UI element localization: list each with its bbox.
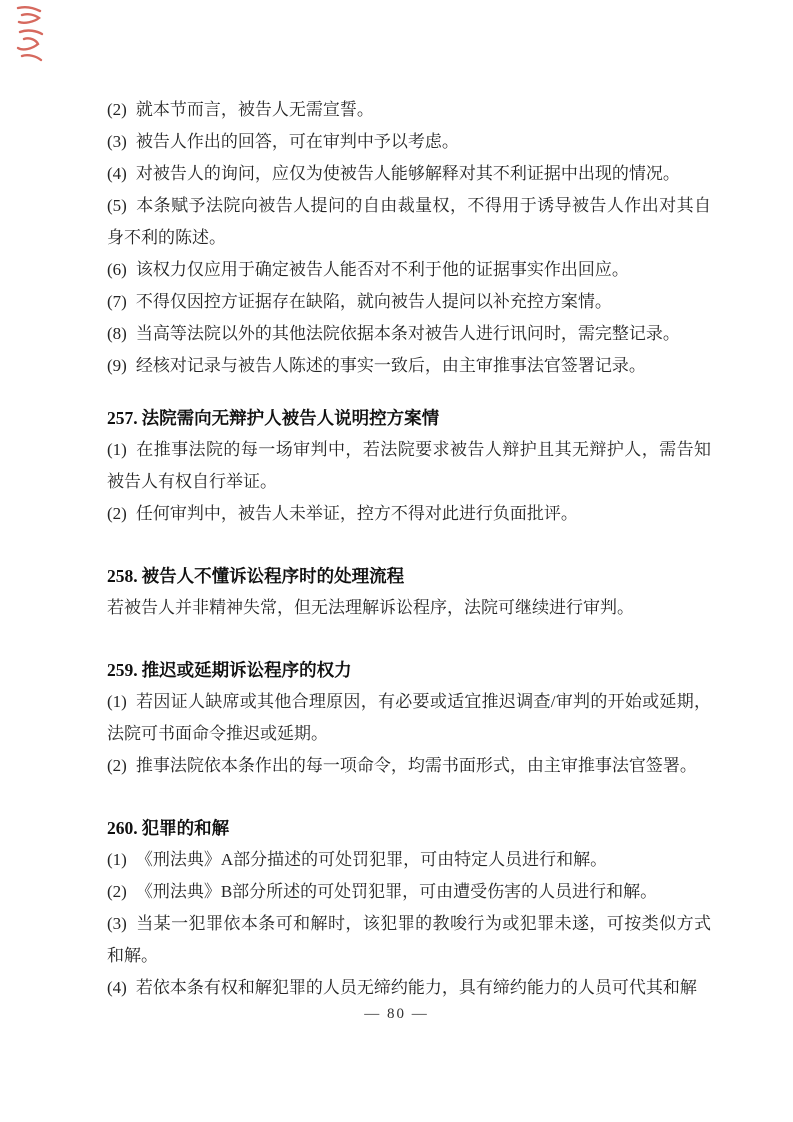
page-number: — 80 — — [364, 1006, 429, 1022]
clause-item: (6)该权力仅应用于确定被告人能否对不利于他的证据事实作出回应。 — [107, 254, 711, 286]
clause-item: (3)被告人作出的回答，可在审判中予以考虑。 — [107, 126, 711, 158]
clause-text: 被告人作出的回答，可在审判中予以考虑。 — [136, 132, 459, 151]
clause-text: 若依本条有权和解犯罪的人员无缔约能力，具有缔约能力的人员可代其和解 — [136, 978, 697, 997]
clause-marker: (8) — [107, 324, 127, 343]
section-number: 257. — [107, 408, 138, 428]
section-title: 推迟或延期诉讼程序的权力 — [142, 660, 352, 680]
clause-marker: (1) — [107, 692, 127, 711]
clause-item: (8)当高等法院以外的其他法院依据本条对被告人进行讯问时，需完整记录。 — [107, 318, 711, 350]
section-heading: 259.推迟或延期诉讼程序的权力 — [107, 654, 711, 686]
clause-item: (2)《刑法典》B部分所述的可处罚犯罪，可由遭受伤害的人员进行和解。 — [107, 876, 711, 908]
clause-text: 在推事法院的每一场审判中，若法院要求被告人辩护且其无辩护人，需告知被告人有权自行… — [107, 440, 711, 491]
clause-marker: (3) — [107, 914, 127, 933]
clause-marker: (6) — [107, 260, 127, 279]
page-footer: — 80 — — [0, 1004, 793, 1024]
clause-marker: (5) — [107, 196, 127, 215]
clause-text: 当某一犯罪依本条可和解时，该犯罪的教唆行为或犯罪未遂，可按类似方式和解。 — [107, 914, 711, 965]
clause-marker: (2) — [107, 504, 127, 523]
clause-item: (1)若因证人缺席或其他合理原因，有必要或适宜推迟调查/审判的开始或延期，法院可… — [107, 686, 711, 750]
section-heading: 260.犯罪的和解 — [107, 812, 711, 844]
clause-text: 任何审判中，被告人未举证，控方不得对此进行负面批评。 — [136, 504, 578, 523]
clause-marker: (4) — [107, 978, 127, 997]
clause-item: (1)《刑法典》A部分描述的可处罚犯罪，可由特定人员进行和解。 — [107, 844, 711, 876]
clause-text: 对被告人的询问，应仅为使被告人能够解释对其不利证据中出现的情况。 — [136, 164, 680, 183]
page-content: (2)就本节而言，被告人无需宣誓。 (3)被告人作出的回答，可在审判中予以考虑。… — [107, 94, 711, 1004]
clause-marker: (7) — [107, 292, 127, 311]
section-heading: 258.被告人不懂诉讼程序时的处理流程 — [107, 560, 711, 592]
clause-item: (4)对被告人的询问，应仅为使被告人能够解释对其不利证据中出现的情况。 — [107, 158, 711, 190]
section-title: 被告人不懂诉讼程序时的处理流程 — [142, 566, 405, 586]
section-heading: 257.法院需向无辩护人被告人说明控方案情 — [107, 402, 711, 434]
section-title: 犯罪的和解 — [142, 818, 230, 838]
clause-item: (2)就本节而言，被告人无需宣誓。 — [107, 94, 711, 126]
clause-item: (4)若依本条有权和解犯罪的人员无缔约能力，具有缔约能力的人员可代其和解 — [107, 972, 711, 1004]
clause-item: (5)本条赋予法院向被告人提问的自由裁量权，不得用于诱导被告人作出对其自身不利的… — [107, 190, 711, 254]
clause-text: 若因证人缺席或其他合理原因，有必要或适宜推迟调查/审判的开始或延期，法院可书面命… — [107, 692, 711, 743]
clause-item: (3)当某一犯罪依本条可和解时，该犯罪的教唆行为或犯罪未遂，可按类似方式和解。 — [107, 908, 711, 972]
clause-text: 推事法院依本条作出的每一项命令，均需书面形式，由主审推事法官签署。 — [136, 756, 697, 775]
document-page: (2)就本节而言，被告人无需宣誓。 (3)被告人作出的回答，可在审判中予以考虑。… — [0, 0, 793, 1122]
clause-item: (2)任何审判中，被告人未举证，控方不得对此进行负面批评。 — [107, 498, 711, 530]
clause-marker: (2) — [107, 882, 127, 901]
section-number: 260. — [107, 818, 138, 838]
clause-text: 本条赋予法院向被告人提问的自由裁量权，不得用于诱导被告人作出对其自身不利的陈述。 — [107, 196, 711, 247]
section-number: 259. — [107, 660, 138, 680]
section-257: 257.法院需向无辩护人被告人说明控方案情 (1)在推事法院的每一场审判中，若法… — [107, 402, 711, 530]
section-title: 法院需向无辩护人被告人说明控方案情 — [142, 408, 440, 428]
clause-marker: (2) — [107, 100, 127, 119]
clause-text: 该权力仅应用于确定被告人能否对不利于他的证据事实作出回应。 — [136, 260, 629, 279]
clause-item: (1)在推事法院的每一场审判中，若法院要求被告人辩护且其无辩护人，需告知被告人有… — [107, 434, 711, 498]
clause-marker: (4) — [107, 164, 127, 183]
clause-marker: (1) — [107, 440, 127, 459]
clause-item: (2)推事法院依本条作出的每一项命令，均需书面形式，由主审推事法官签署。 — [107, 750, 711, 782]
clause-text: 就本节而言，被告人无需宣誓。 — [136, 100, 374, 119]
clause-text: 当高等法院以外的其他法院依据本条对被告人进行讯问时，需完整记录。 — [136, 324, 680, 343]
section-260: 260.犯罪的和解 (1)《刑法典》A部分描述的可处罚犯罪，可由特定人员进行和解… — [107, 812, 711, 1004]
section-259: 259.推迟或延期诉讼程序的权力 (1)若因证人缺席或其他合理原因，有必要或适宜… — [107, 654, 711, 782]
section-number: 258. — [107, 566, 138, 586]
clause-text: 《刑法典》B部分所述的可处罚犯罪，可由遭受伤害的人员进行和解。 — [136, 882, 657, 901]
clause-item: (9)经核对记录与被告人陈述的事实一致后，由主审推事法官签署记录。 — [107, 350, 711, 382]
clause-text: 经核对记录与被告人陈述的事实一致后，由主审推事法官签署记录。 — [136, 356, 646, 375]
clause-text: 若被告人并非精神失常，但无法理解诉讼程序，法院可继续进行审判。 — [107, 598, 634, 617]
clause-item: (7)不得仅因控方证据存在缺陷，就向被告人提问以补充控方案情。 — [107, 286, 711, 318]
clause-text: 不得仅因控方证据存在缺陷，就向被告人提问以补充控方案情。 — [136, 292, 612, 311]
clause-marker: (9) — [107, 356, 127, 375]
clause-item: 若被告人并非精神失常，但无法理解诉讼程序，法院可继续进行审判。 — [107, 592, 711, 624]
red-handwritten-marks — [10, 2, 48, 66]
section-258: 258.被告人不懂诉讼程序时的处理流程 若被告人并非精神失常，但无法理解诉讼程序… — [107, 560, 711, 624]
clause-marker: (3) — [107, 132, 127, 151]
clause-marker: (1) — [107, 850, 127, 869]
clause-text: 《刑法典》A部分描述的可处罚犯罪，可由特定人员进行和解。 — [136, 850, 607, 869]
clause-marker: (2) — [107, 756, 127, 775]
